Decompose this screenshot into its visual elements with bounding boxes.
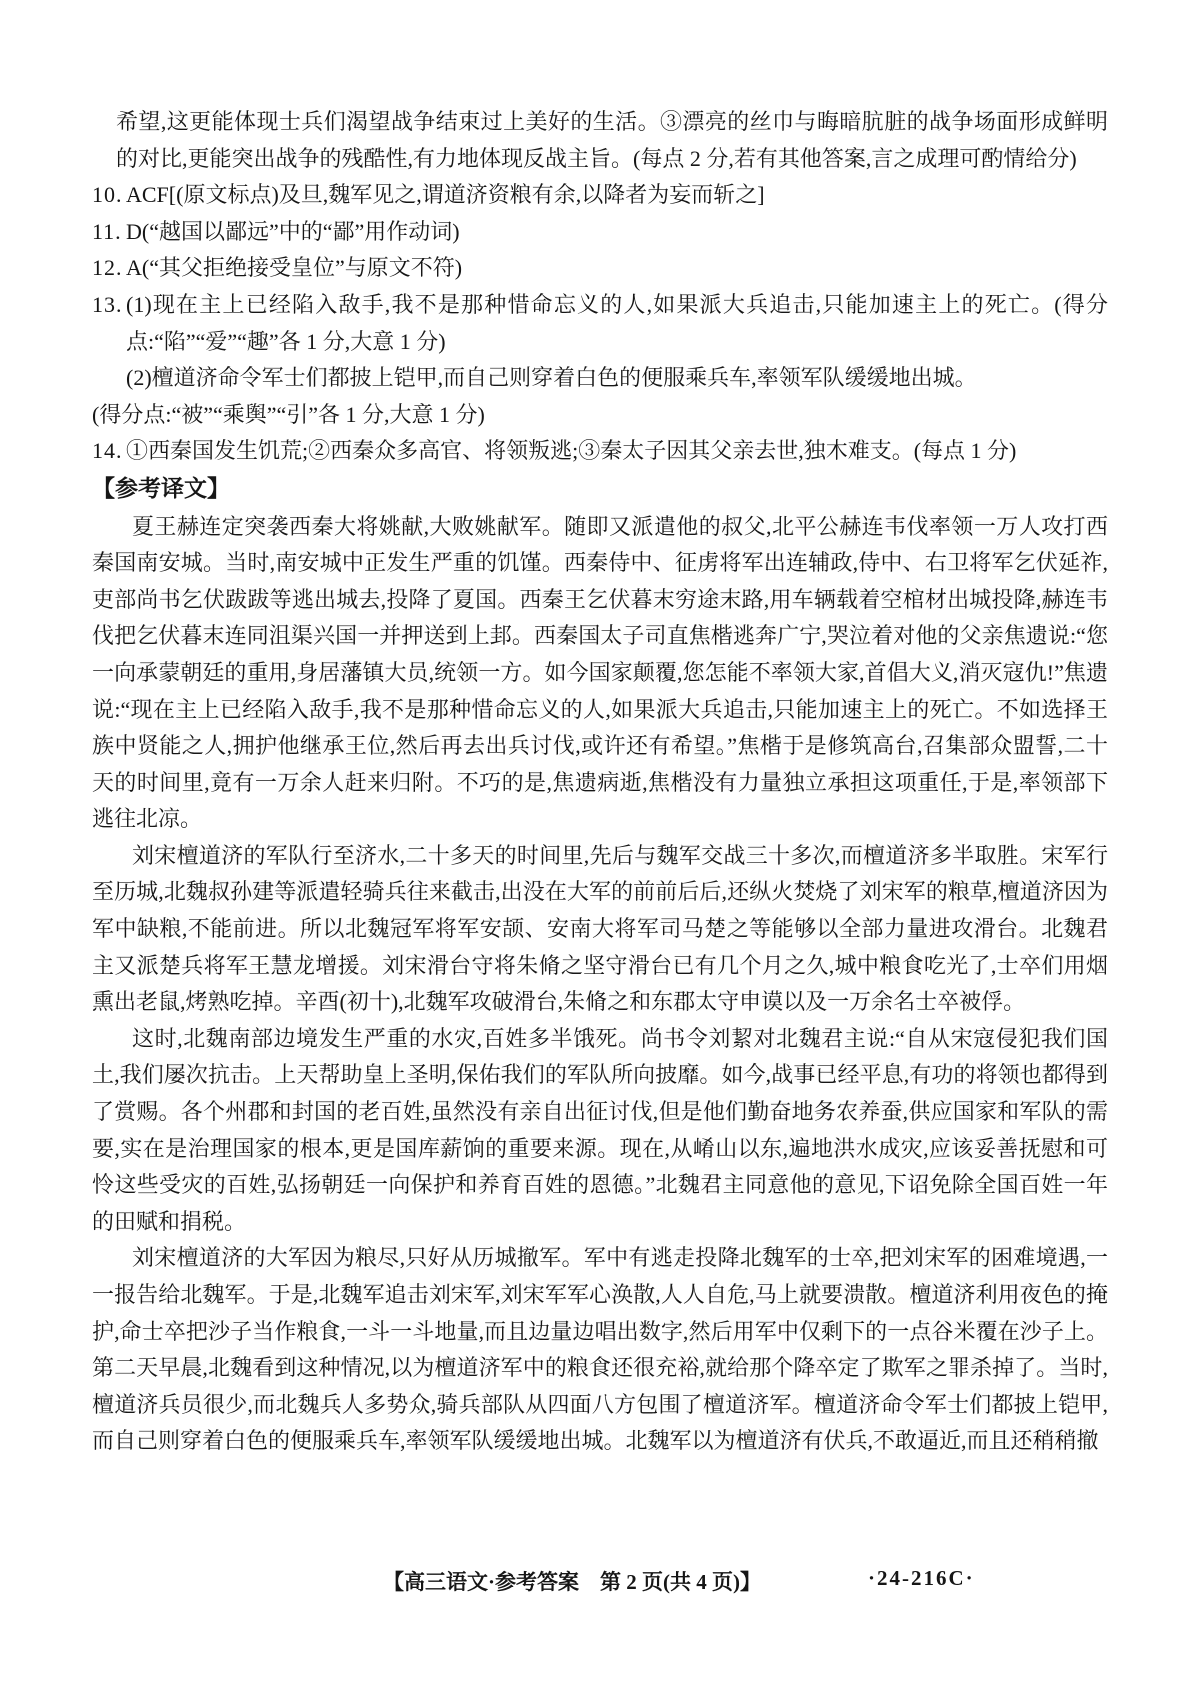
translation-heading: 【参考译文】	[92, 471, 1108, 508]
answer-item-11: 11.D(“越国以鄙远”中的“鄙”用作动词)	[92, 214, 1108, 251]
answer-item-12: 12.A(“其父拒绝接受皇位”与原文不符)	[92, 250, 1108, 287]
translation-paragraph-2: 刘宋檀道济的军队行至济水,二十多天的时间里,先后与魏军交战三十多次,而檀道济多半…	[92, 838, 1108, 1021]
document-content: 希望,这更能体现士兵们渴望战争结束过上美好的生活。③漂亮的丝巾与晦暗肮脏的战争场…	[92, 104, 1108, 1460]
question-number-14: 14.	[92, 433, 126, 470]
answer-item-10: 10.ACF[(原文标点)及旦,魏军见之,谓道济资粮有余,以降者为妄而斩之]	[92, 177, 1108, 214]
answer-14-text: ①西秦国发生饥荒;②西秦众多高官、将领叛逃;③秦太子因其父亲去世,独木难支。(每…	[126, 438, 1016, 463]
translation-paragraph-3: 这时,北魏南部边境发生严重的水灾,百姓多半饿死。尚书令刘絜对北魏君主说:“自从宋…	[92, 1021, 1108, 1241]
question-number-13: 13.	[92, 287, 126, 324]
answer-13-part2: (2)檀道济命令军士们都披上铠甲,而自己则穿着白色的便服乘兵车,率领军队缓缓地出…	[126, 360, 1108, 397]
answer-13-part2-note: (得分点:“被”“乘舆”“引”各 1 分,大意 1 分)	[92, 397, 1108, 434]
footer-paper-code: ·24-216C·	[868, 1566, 975, 1591]
question-number-12: 12.	[92, 250, 126, 287]
answer-item-14: 14.①西秦国发生饥荒;②西秦众多高官、将领叛逃;③秦太子因其父亲去世,独木难支…	[92, 433, 1108, 470]
exam-answer-page: 希望,这更能体现士兵们渴望战争结束过上美好的生活。③漂亮的丝巾与晦暗肮脏的战争场…	[0, 0, 1200, 1687]
page-footer: 【高三语文·参考答案 第 2 页(共 4 页)】 ·24-216C·	[0, 1566, 1200, 1600]
answer-10-text: ACF[(原文标点)及旦,魏军见之,谓道济资粮有余,以降者为妄而斩之]	[126, 182, 765, 207]
question-number-10: 10.	[92, 177, 126, 214]
translation-paragraph-1: 夏王赫连定突袭西秦大将姚献,大败姚献军。随即又派遣他的叔父,北平公赫连韦伐率领一…	[92, 509, 1108, 838]
answer-9-continuation: 希望,这更能体现士兵们渴望战争结束过上美好的生活。③漂亮的丝巾与晦暗肮脏的战争场…	[116, 104, 1108, 177]
answer-11-text: D(“越国以鄙远”中的“鄙”用作动词)	[126, 219, 460, 244]
answer-12-text: A(“其父拒绝接受皇位”与原文不符)	[126, 255, 462, 280]
question-number-11: 11.	[92, 214, 126, 251]
translation-paragraph-4: 刘宋檀道济的大军因为粮尽,只好从历城撤军。军中有逃走投降北魏军的士卒,把刘宋军的…	[92, 1240, 1108, 1460]
answer-13-part1: (1)现在主上已经陷入敌手,我不是那种惜命忘义的人,如果派大兵追击,只能加速主上…	[126, 292, 1108, 354]
footer-page-label: 【高三语文·参考答案 第 2 页(共 4 页)】	[383, 1566, 761, 1596]
answer-item-13: 13.(1)现在主上已经陷入敌手,我不是那种惜命忘义的人,如果派大兵追击,只能加…	[92, 287, 1108, 433]
